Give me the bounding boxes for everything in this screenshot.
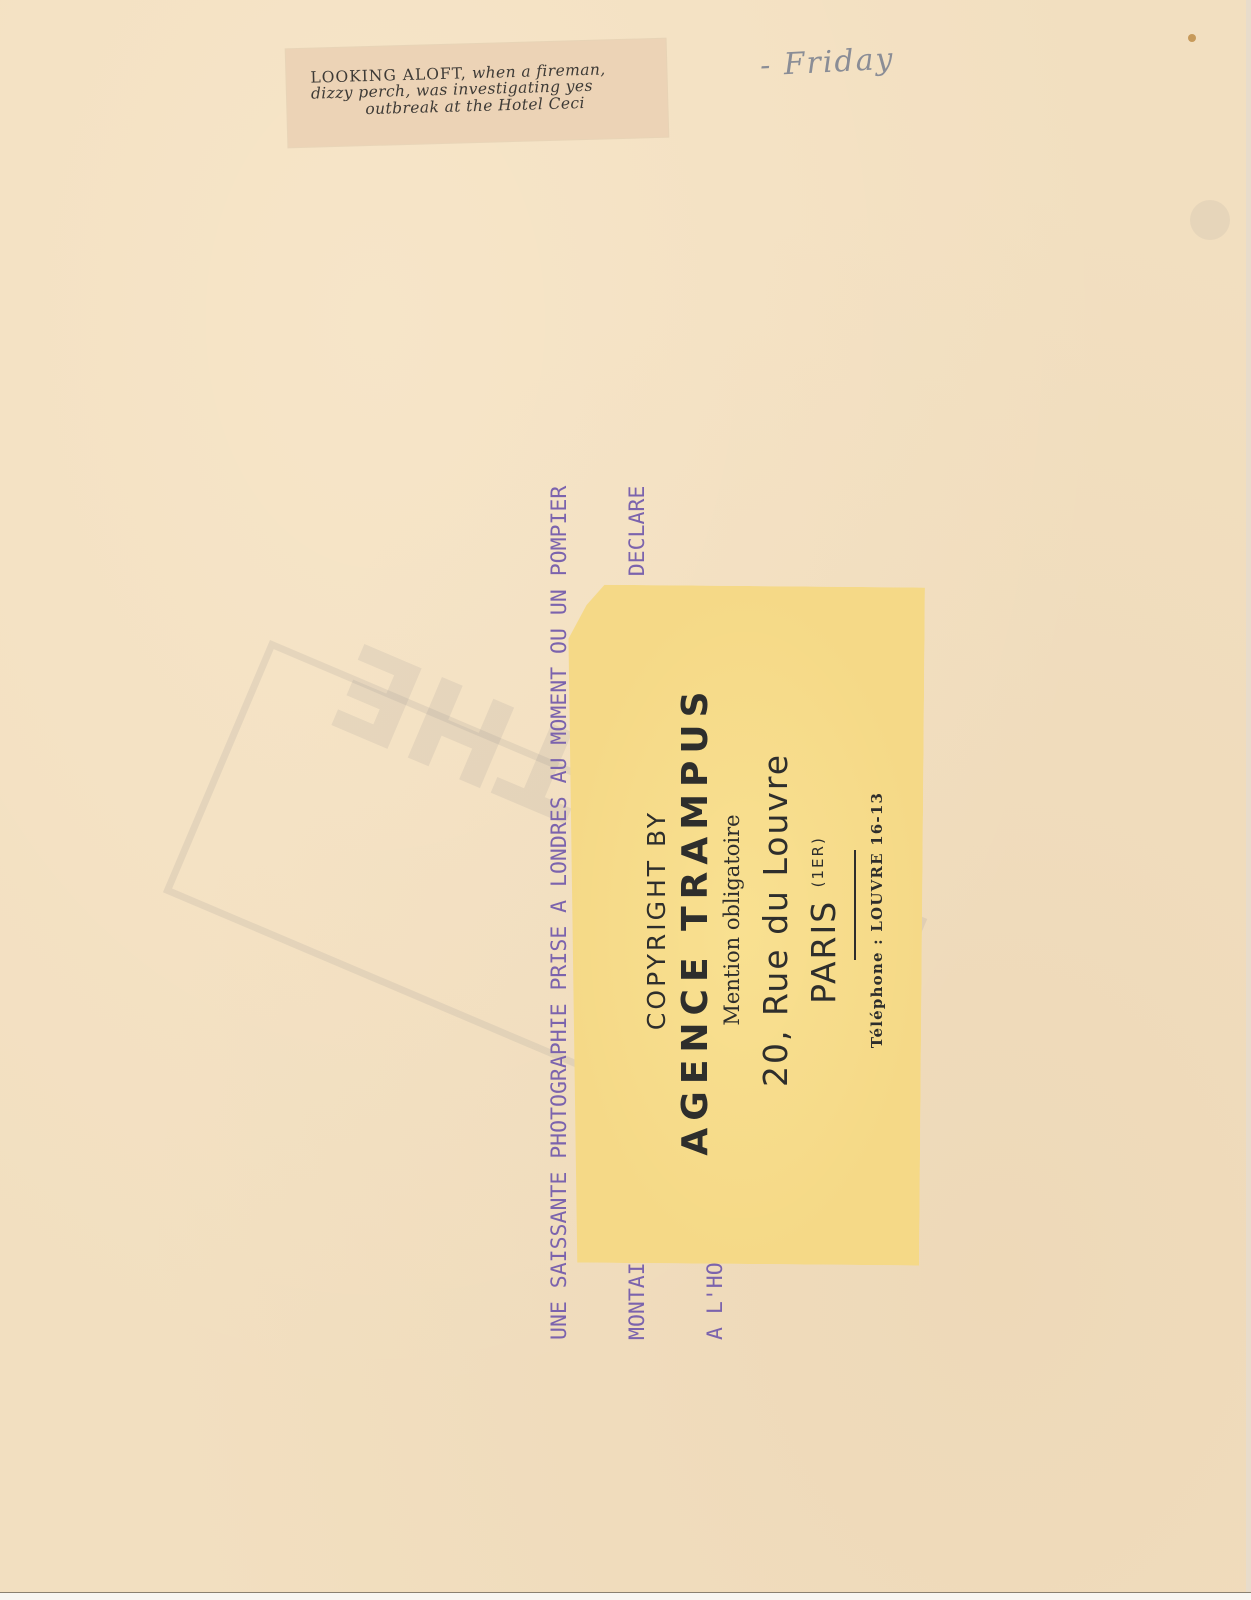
scan-edge-right [1246,0,1251,1600]
agency-name: AGENCE TRAMPUS [674,640,718,1200]
stain-spot [1188,34,1196,42]
city-line: PARIS (1ER) [798,640,844,1200]
city: PARIS [804,900,843,1004]
arrondissement: (1ER) [809,836,827,887]
divider-rule [854,850,856,960]
newspaper-clipping: LOOKING ALOFT, when a fireman, dizzy per… [286,39,669,148]
copyright-by: COPYRIGHT BY [640,640,674,1200]
typed-caption-line-1: UNE SAISSANTE PHOTOGRAPHIE PRISE A LONDR… [547,190,573,1340]
scan-edge-bottom [0,1592,1251,1600]
smudge [1190,200,1230,240]
mention-obligatoire: Mention obligatoire [718,640,746,1200]
telephone: Téléphone : LOUVRE 16-13 [866,640,888,1200]
copyright-label-text: COPYRIGHT BY AGENCE TRAMPUS Mention obli… [640,640,888,1200]
street-address: 20, Rue du Louvre [754,640,798,1200]
handwritten-note: - Friday [759,42,895,84]
